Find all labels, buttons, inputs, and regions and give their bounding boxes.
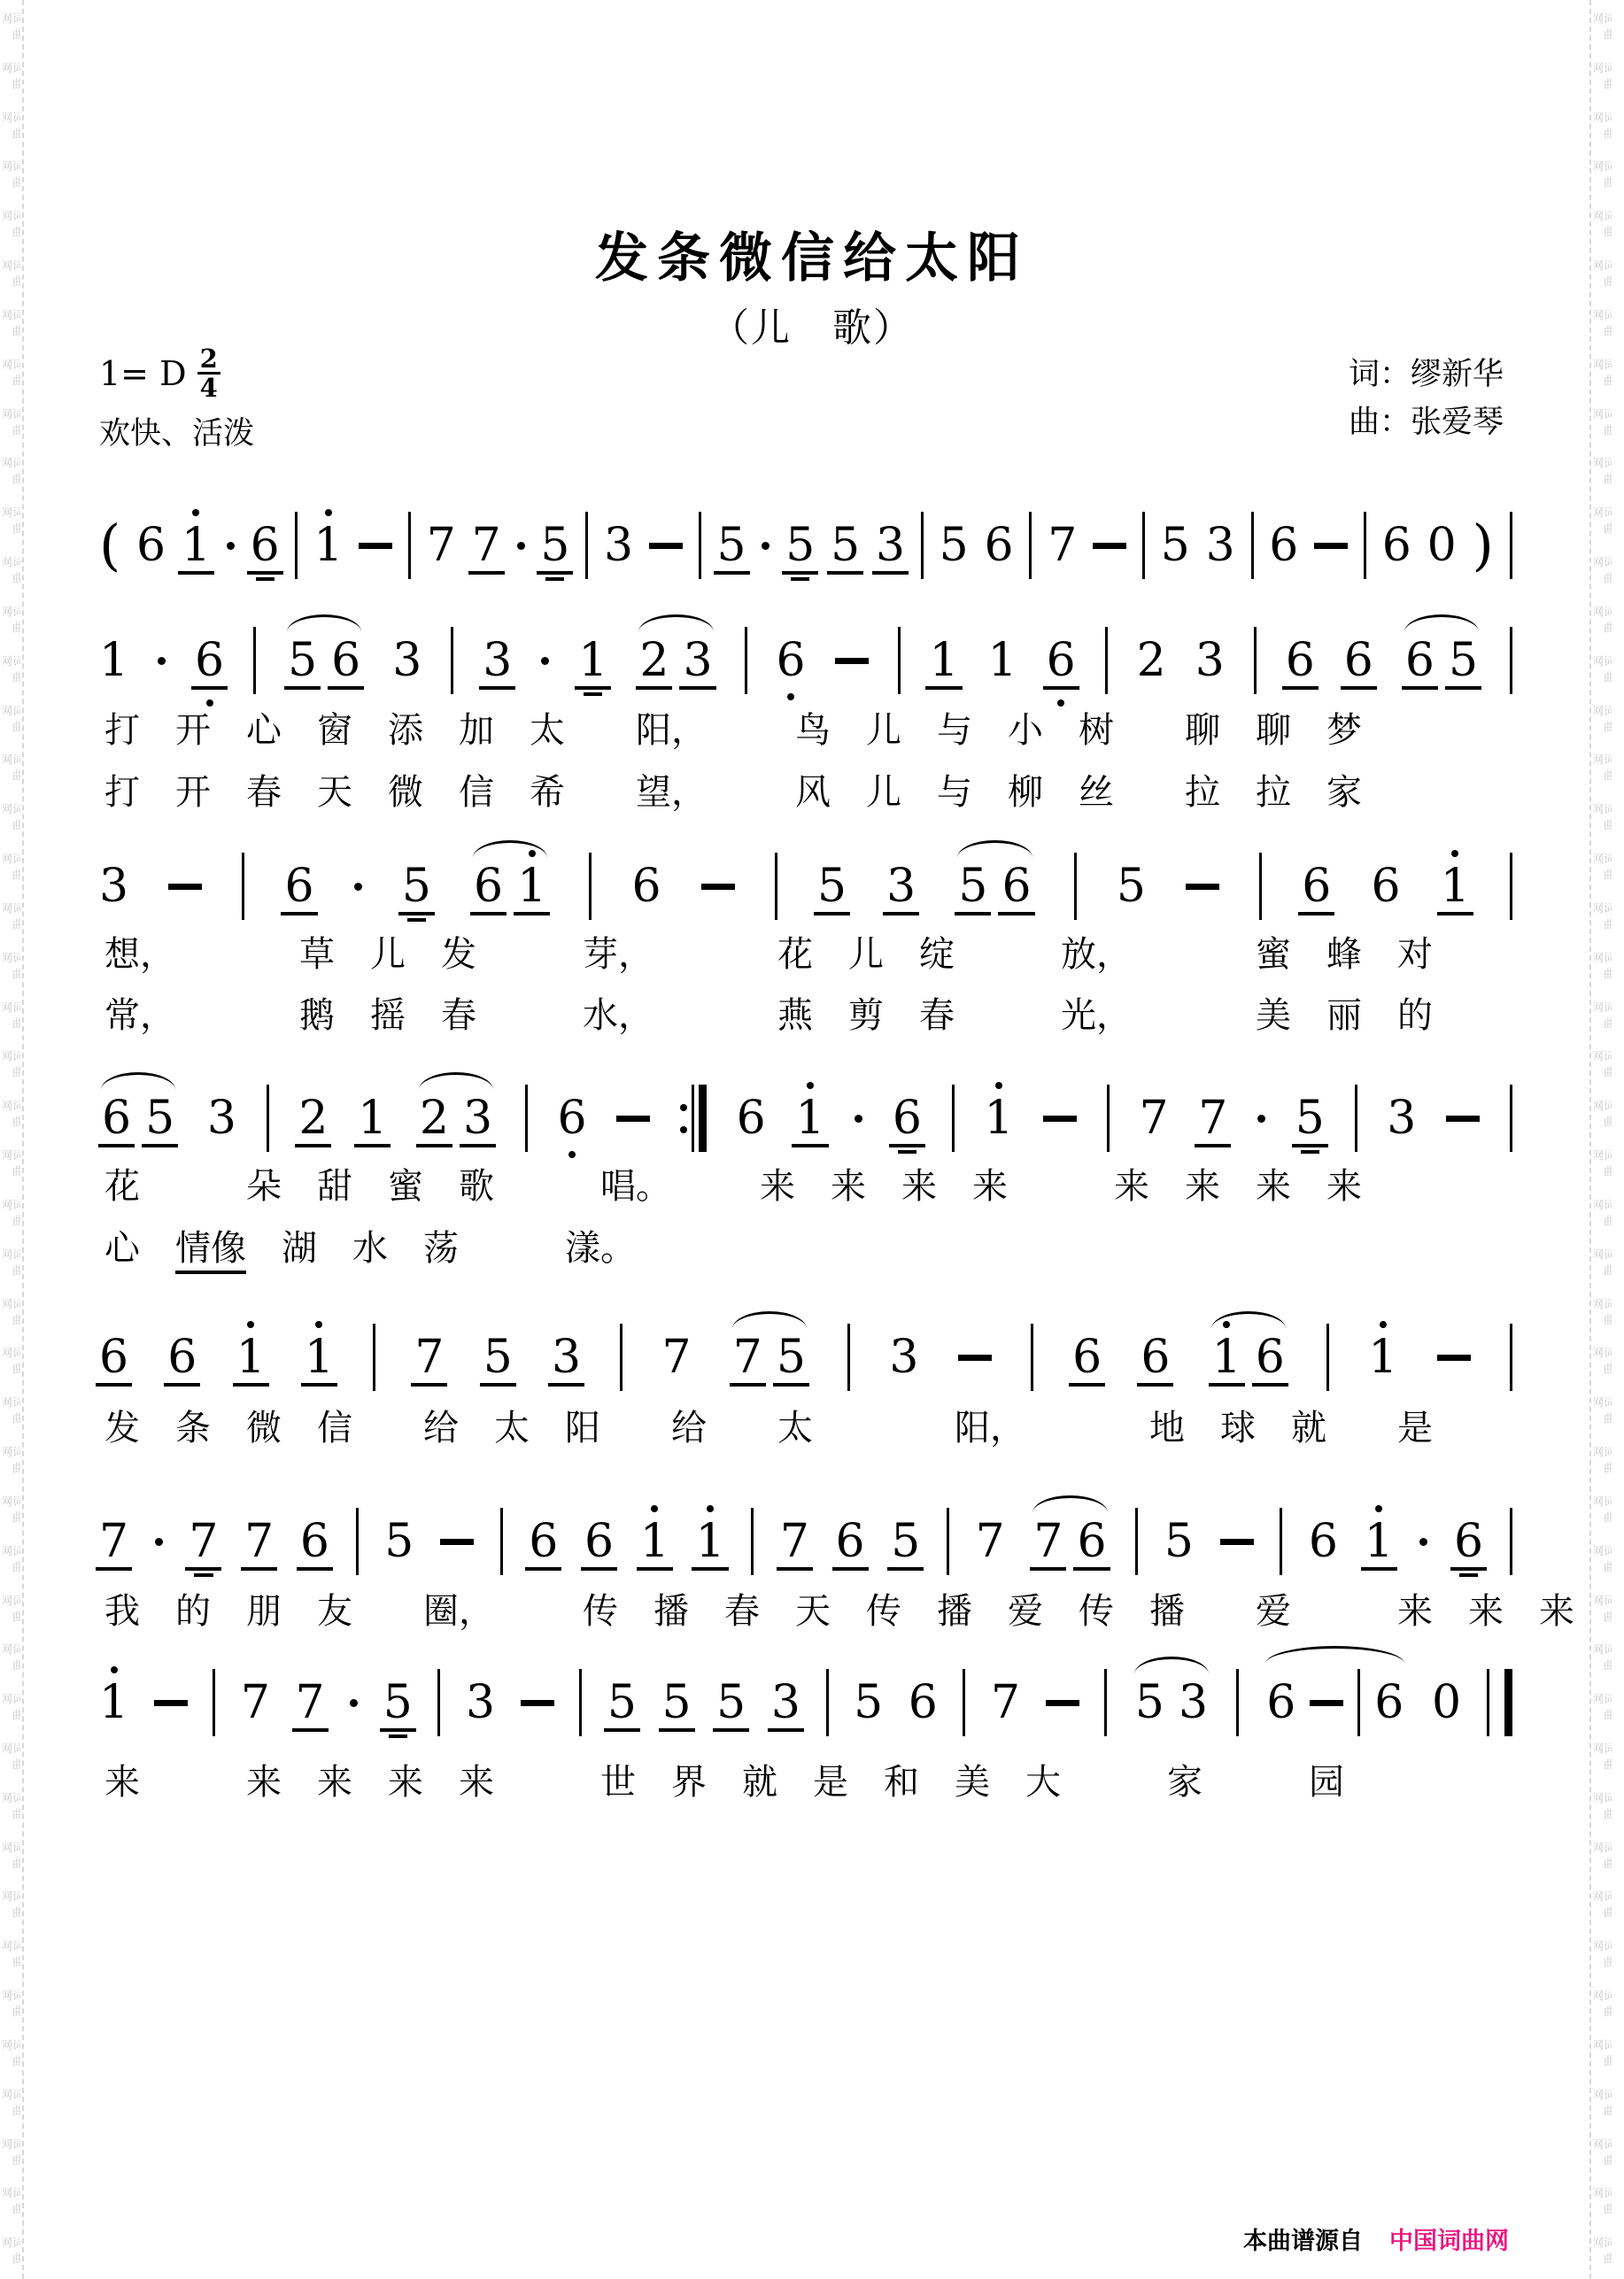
note: 7: [1048, 522, 1077, 568]
beam-line: [792, 1144, 828, 1147]
beam-line: [1209, 1383, 1245, 1387]
beam-line: [178, 571, 214, 575]
barline: [1254, 627, 1257, 694]
duration-dash: [835, 658, 869, 664]
note: 6: [167, 1334, 197, 1380]
augmentation-dot: [541, 657, 549, 665]
augmentation-dot: [354, 883, 362, 891]
lyric-line-verse1-a: 打 开 心 窗 添 加 太 阳， 鸟 儿 与 小 树 聊 聊 梦: [104, 708, 1362, 753]
note: 5: [831, 522, 860, 568]
note: 6: [1309, 1518, 1338, 1564]
beam-line: [295, 1144, 331, 1147]
note: 7: [976, 1518, 1005, 1564]
note: 1: [1368, 1334, 1397, 1380]
note: 5: [1449, 637, 1478, 684]
barline: [295, 512, 298, 579]
beam-line: [713, 1728, 749, 1732]
watermark-text: 词曲网: [3, 952, 20, 987]
beam-line: [525, 1567, 561, 1571]
beam-line-2: [407, 918, 426, 922]
beam-line: [142, 1144, 178, 1147]
note: 6: [1077, 1518, 1106, 1564]
octave-dot-above: [1380, 1321, 1387, 1328]
octave-dot-above: [807, 1082, 814, 1089]
note: 1: [305, 1334, 334, 1380]
song-title: 发条微信给太阳: [0, 216, 1624, 292]
note: 1: [795, 1095, 824, 1141]
beam-line-2: [791, 577, 809, 581]
lyric-line-chorus-b: 我 的 朋 友 圈， 传 播 春 天 传 播 爱 传 播 爱 来 来 来: [104, 1589, 1574, 1634]
note: 5: [402, 863, 431, 909]
note: 5: [384, 1518, 414, 1564]
note: 5: [777, 1334, 806, 1380]
barline: [589, 853, 592, 920]
note: 3: [683, 637, 712, 684]
slur-group: 61: [471, 863, 549, 909]
barline: [1326, 1324, 1329, 1391]
slur-group: 56: [955, 863, 1033, 909]
note: 6: [1344, 637, 1373, 684]
octave-dot-above: [192, 509, 199, 516]
lyric-line-chorus-c: 来 来 来 来 来 世 界 就 是 和 美 大 家 园: [104, 1760, 1344, 1804]
watermark-text: 词曲网: [1594, 1100, 1612, 1135]
augmentation-dot: [855, 1115, 862, 1123]
watermark-text: 词曲网: [1594, 506, 1612, 542]
watermark-text: 词曲网: [3, 1248, 20, 1284]
watermark-text: 词曲网: [3, 112, 20, 147]
beam-line: [768, 1728, 804, 1732]
watermark-text: 词曲网: [1594, 1792, 1612, 1827]
octave-dot-above: [529, 850, 536, 857]
watermark-text: 词曲网: [1594, 1446, 1612, 1481]
beam-line-2: [545, 577, 564, 581]
note: 3: [207, 1095, 236, 1141]
beam-line: [814, 912, 850, 915]
note: 6: [985, 522, 1014, 568]
watermark-text: 词曲网: [3, 556, 20, 591]
lyric-line-verse2-a: 打 开 春 天 微 信 希 望， 风 儿 与 柳 丝 拉 拉 家: [104, 770, 1362, 815]
credits: 词：缪新华 曲：张爱琴: [1349, 351, 1504, 447]
lyric-line-verse1-c: 花 朵 甜 蜜 歌 唱。 来 来 来 来 来 来 来 来: [104, 1164, 1362, 1209]
note: 3: [552, 1334, 581, 1380]
note: 0: [1432, 1680, 1461, 1726]
watermark-text: 词曲网: [3, 1100, 20, 1135]
song-subtitle: （儿 歌）: [0, 296, 1624, 352]
augmentation-dot: [762, 542, 769, 550]
lyric-segment: 打 开 春 天 微 信 希 望， 风 儿 与 柳 丝 拉 拉 家: [104, 772, 1362, 812]
watermark-text: 词曲网: [3, 2089, 20, 2124]
watermark-text: 词曲网: [3, 1545, 20, 1580]
barline: [1074, 853, 1077, 920]
beam-line-2: [584, 692, 602, 696]
beam-line: [537, 571, 573, 575]
beam-line: [241, 1567, 277, 1571]
barline: [1251, 512, 1254, 579]
note: 5: [483, 1334, 513, 1380]
watermark-text: 词曲网: [1594, 359, 1612, 394]
duration-dash: [168, 884, 202, 890]
note: 7: [189, 1518, 218, 1564]
slur-group: 53: [1133, 1680, 1210, 1726]
augmentation-dot: [227, 542, 235, 550]
beam-line: [380, 1728, 416, 1732]
note: 5: [383, 1680, 413, 1726]
note: 3: [392, 637, 421, 684]
beam-line: [1402, 686, 1438, 690]
time-signature-numerator: 2: [200, 345, 218, 372]
watermark-text: 词曲网: [1594, 803, 1612, 838]
watermark-text: 词曲网: [3, 1446, 20, 1481]
watermark-text: 词曲网: [3, 1149, 20, 1185]
watermark-text: 词曲网: [1594, 2237, 1612, 2272]
watermark-text: 词曲网: [1594, 853, 1612, 888]
lyric-segment: 我 的 朋 友 圈， 传 播 春 天 传 播 爱 传 播 爱 来 来 来: [104, 1591, 1574, 1631]
beam-line: [1445, 686, 1481, 690]
lyric-segment: 常， 鹅 摇 春 水， 燕 剪 春 光， 美 丽 的: [104, 995, 1433, 1035]
beam-line: [470, 912, 507, 915]
note: 3: [99, 863, 128, 909]
lyric-segment: 发 条 微 信 给 太 阳 给 太 阳， 地 球 就 是: [104, 1408, 1433, 1448]
music-line-2: 1656331236116236665: [99, 620, 1512, 701]
watermark-text: 词曲网: [3, 1742, 20, 1778]
note: 5: [891, 1518, 920, 1564]
note: 7: [1033, 1518, 1063, 1564]
watermark-text: 词曲网: [3, 1199, 20, 1234]
barline: [826, 1669, 829, 1736]
watermark-text: 词曲网: [3, 902, 20, 938]
note: 1: [236, 1334, 266, 1380]
beam-line: [1137, 1383, 1173, 1387]
beam-line: [96, 1383, 132, 1387]
music-line-4: 6532123661617753: [99, 1078, 1512, 1159]
note: 6: [1141, 1334, 1170, 1380]
note: 3: [876, 522, 905, 568]
watermark-text: 词曲网: [1594, 1050, 1612, 1085]
beam-line: [604, 1728, 640, 1732]
duration-dash: [1043, 1116, 1077, 1122]
octave-dot-above: [651, 1505, 658, 1512]
note: 6: [893, 1095, 922, 1141]
close-paren: ): [1473, 518, 1494, 573]
note: 1: [182, 522, 211, 568]
watermark-text: 词曲网: [1594, 1595, 1612, 1630]
beam-line: [1069, 1383, 1105, 1387]
watermark-text: 词曲网: [1594, 1989, 1612, 2025]
music-line-6: 7776566117657765616: [99, 1501, 1512, 1582]
beam-line: [998, 912, 1034, 915]
watermark-text: 词曲网: [3, 1298, 20, 1333]
note: 7: [1198, 1095, 1227, 1141]
note: 7: [991, 1680, 1020, 1726]
watermark-text: 词曲网: [3, 655, 20, 691]
barline: [213, 1669, 215, 1736]
beam-line: [782, 571, 818, 575]
watermark-text: 词曲网: [1594, 902, 1612, 938]
lyric-segment: 来 来 来 来 来 世 界 就 是 和 美 大 家 园: [104, 1762, 1344, 1802]
watermark-text: 词曲网: [3, 160, 20, 196]
barline: [952, 1085, 955, 1152]
barline: [437, 1669, 440, 1736]
watermark-text: 词曲网: [3, 1693, 20, 1728]
beam-line: [164, 1383, 200, 1387]
barline: [1510, 627, 1512, 694]
note: 1: [929, 637, 958, 684]
beam-line: [1341, 686, 1377, 690]
note: 2: [639, 637, 669, 684]
watermark-text: 词曲网: [1594, 2089, 1612, 2124]
beam-line: [1043, 686, 1079, 690]
watermark-text: 词曲网: [1594, 62, 1612, 97]
beam-line: [284, 686, 321, 690]
barline: [585, 512, 588, 579]
barline: [1105, 627, 1108, 694]
octave-dot-above: [325, 509, 332, 516]
beam-line: [233, 1383, 269, 1387]
watermark-text: 词曲网: [3, 12, 20, 48]
lyric-line-verse1-b: 想， 草 儿 发 芽， 花 儿 绽 放， 蜜 蜂 对: [104, 932, 1433, 977]
barline: [898, 627, 901, 694]
note: 6: [1405, 637, 1435, 684]
beam-line: [301, 1383, 337, 1387]
note: 6: [474, 863, 503, 909]
note: 2: [420, 1095, 449, 1141]
note: 1: [99, 637, 128, 684]
beam-line-2: [1459, 1573, 1478, 1577]
beam-line: [1282, 686, 1319, 690]
duration-dash: [701, 884, 735, 890]
watermark-text: 词曲网: [1594, 1298, 1612, 1333]
barline: [751, 1508, 754, 1575]
barline: [1236, 1669, 1239, 1736]
tempo-marking: 欢快、活泼: [99, 409, 254, 453]
note: 1: [984, 1095, 1013, 1141]
beam-line: [889, 1144, 925, 1147]
note: 6: [284, 863, 313, 909]
note: 6: [557, 1095, 586, 1141]
octave-dot-above: [707, 1505, 714, 1512]
watermark-text: 词曲网: [3, 1940, 20, 1975]
note: 6: [1382, 522, 1411, 568]
beam-line: [1437, 912, 1473, 915]
slur-group: 65: [1403, 637, 1481, 684]
music-line-5: 6611753775366161: [99, 1317, 1512, 1398]
note: 1: [578, 637, 607, 684]
note: 5: [1164, 1518, 1194, 1564]
barline: [620, 1324, 623, 1391]
beam-line: [872, 571, 909, 575]
note: 6: [102, 1095, 131, 1141]
note: 1: [1365, 1518, 1394, 1564]
barline: [847, 1324, 850, 1391]
note: 2: [1137, 637, 1166, 684]
watermark-text: 词曲网: [1594, 1742, 1612, 1778]
note: 5: [817, 863, 847, 909]
open-paren: (: [99, 518, 120, 573]
beam-line-2: [256, 577, 275, 581]
sheet-music-page: { "page": { "title": "发条微信给太阳", "subtitl…: [0, 0, 1624, 2279]
beam-line: [514, 912, 550, 915]
watermark-text: 词曲网: [1594, 408, 1612, 444]
note: 3: [1179, 1680, 1208, 1726]
augmentation-dot: [155, 1538, 163, 1546]
watermark-text: 词曲网: [1594, 655, 1612, 691]
beam-line: [692, 1567, 728, 1571]
note: 2: [298, 1095, 328, 1141]
watermark-text: 词曲网: [1594, 1199, 1612, 1234]
beam-line: [398, 912, 435, 915]
duration-dash: [958, 1355, 992, 1361]
beam-line: [581, 1567, 617, 1571]
beam-line: [777, 1567, 813, 1571]
note: 6: [529, 1518, 558, 1564]
beam-line: [1361, 1567, 1397, 1571]
beam-line: [185, 1567, 221, 1571]
beam-line-2: [194, 1573, 213, 1577]
watermark-text: 词曲网: [3, 1001, 20, 1037]
watermark-text: 词曲网: [1594, 2187, 1612, 2222]
barline: [451, 627, 453, 694]
watermark-text: 词曲网: [1594, 1495, 1612, 1531]
beam-line: [98, 1144, 135, 1147]
note: 3: [604, 522, 633, 568]
note: 6: [331, 637, 360, 684]
beam-line: [637, 1567, 673, 1571]
key-signature: 1= D: [99, 357, 187, 390]
lyric-line-verse2-c: 心 情像 湖 水 荡 漾。: [104, 1226, 636, 1271]
beam-line: [479, 686, 515, 690]
barline: [775, 853, 777, 920]
beam-line: [925, 686, 962, 690]
note: 3: [463, 1095, 492, 1141]
watermark-text: 词曲网: [1594, 556, 1612, 591]
note: 7: [661, 1334, 691, 1380]
watermark-text: 词曲网: [3, 853, 20, 888]
duration-dash: [1310, 1700, 1343, 1706]
duration-dash: [521, 1700, 554, 1706]
beam-line: [1073, 1567, 1110, 1571]
watermark-text: 词曲网: [3, 506, 20, 542]
watermark-text: 词曲网: [1594, 606, 1612, 641]
note: 6: [1001, 863, 1031, 909]
watermark-text: 词曲网: [3, 606, 20, 641]
note: 5: [940, 522, 969, 568]
watermark-text: 词曲网: [3, 359, 20, 394]
barline: [1029, 512, 1032, 579]
barline: [267, 1085, 269, 1152]
beam-line-2: [1301, 1150, 1319, 1154]
lyric-segment: 湖 水 荡 漾。: [246, 1228, 636, 1268]
lyric-line-verse2-b: 常， 鹅 摇 春 水， 燕 剪 春 光， 美 丽 的: [104, 993, 1433, 1038]
note: 1: [1212, 1334, 1241, 1380]
final-barline: [1487, 1669, 1512, 1736]
note: 5: [717, 522, 746, 568]
barline: [373, 1324, 375, 1391]
watermark-text: 词曲网: [1594, 1545, 1612, 1580]
watermark-text: 词曲网: [3, 1842, 20, 1877]
duration-dash: [1220, 1539, 1254, 1545]
barline: [356, 1508, 359, 1575]
music-line-3: 36561653565661: [99, 846, 1512, 927]
beam-line: [292, 1728, 329, 1732]
watermark-text: 词曲网: [1594, 1842, 1612, 1877]
augmentation-dot: [350, 1699, 358, 1707]
watermark-text: 词曲网: [1594, 457, 1612, 492]
note: 5: [1117, 863, 1146, 909]
note: 6: [195, 637, 224, 684]
note: 5: [288, 637, 317, 684]
watermark-text: 词曲网: [3, 705, 20, 740]
barline: [1510, 853, 1512, 920]
composer-credit: 曲：张爱琴: [1349, 398, 1504, 446]
beam-line: [328, 686, 364, 690]
duration-dash: [154, 1700, 188, 1706]
slur-group: 16: [1210, 1334, 1288, 1380]
barline: [408, 512, 411, 579]
barline: [947, 1508, 949, 1575]
octave-dot-below: [206, 699, 213, 707]
note: 6: [1372, 863, 1401, 909]
watermark-text: 词曲网: [3, 2187, 20, 2222]
barline: [1510, 1324, 1512, 1391]
watermark-text: 词曲网: [3, 1050, 20, 1085]
beam-line: [416, 1144, 452, 1147]
note: 5: [145, 1095, 174, 1141]
barline: [579, 1669, 582, 1736]
octave-dot-above: [995, 1082, 1002, 1089]
note: 6: [737, 1095, 766, 1141]
barline: [1107, 1085, 1110, 1152]
duration-dash: [1437, 1355, 1471, 1361]
augmentation-dot: [158, 657, 166, 665]
note: 0: [1427, 522, 1457, 568]
beam-line: [659, 1728, 695, 1732]
lyricist-credit: 词：缪新华: [1349, 351, 1504, 398]
watermark-text: 词曲网: [3, 1495, 20, 1531]
note: 7: [427, 522, 456, 568]
octave-dot-above: [1375, 1505, 1382, 1512]
note: 1: [695, 1518, 724, 1564]
watermark-text: 词曲网: [3, 2039, 20, 2074]
beam-line: [297, 1567, 333, 1571]
barline: [745, 627, 747, 694]
watermark-text: 词曲网: [3, 1347, 20, 1382]
lyric-segment: 花 朵 甜 蜜 歌 唱。 来 来 来 来 来 来 来 来: [104, 1166, 1362, 1206]
note: 5: [540, 522, 569, 568]
note: 3: [889, 1334, 918, 1380]
barline: [1355, 1085, 1357, 1152]
watermark-text: 词曲网: [3, 408, 20, 444]
beam-line: [468, 571, 505, 575]
note: 5: [785, 522, 815, 568]
beam-line: [887, 1567, 924, 1571]
watermark-text: 词曲网: [1594, 2039, 1612, 2074]
slur-group: 56: [285, 637, 363, 684]
note: 6: [909, 1680, 938, 1726]
barline: [1135, 1508, 1138, 1575]
barline: [963, 1669, 965, 1736]
beam-line: [575, 686, 611, 690]
beam-line: [1292, 1144, 1328, 1147]
duration-dash: [1446, 1116, 1480, 1122]
note: 7: [296, 1680, 325, 1726]
barline: [1357, 1669, 1360, 1736]
barline: [1142, 512, 1145, 579]
barline: [1510, 1085, 1512, 1152]
note: 7: [780, 1518, 809, 1564]
note: 3: [886, 863, 916, 909]
note: 6: [1374, 1680, 1404, 1726]
note: 3: [1195, 637, 1225, 684]
